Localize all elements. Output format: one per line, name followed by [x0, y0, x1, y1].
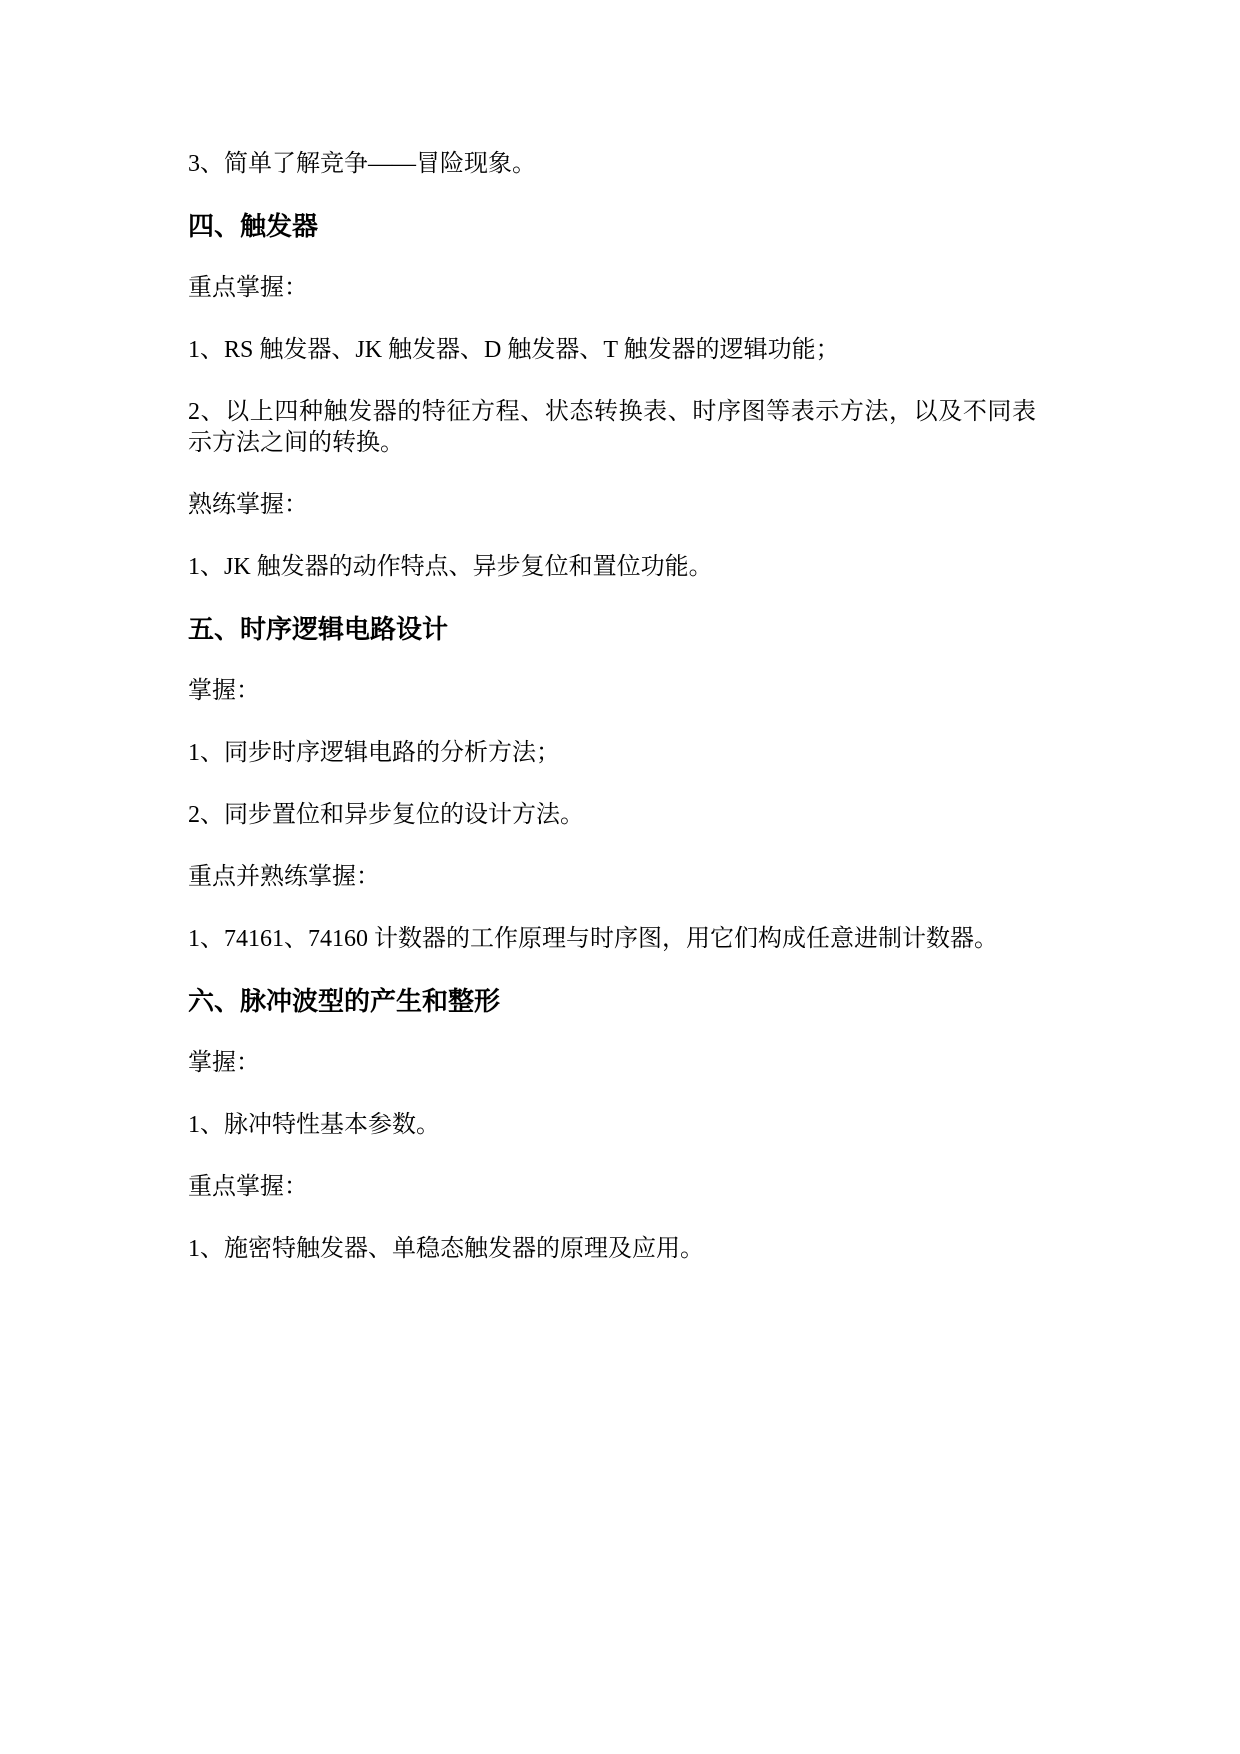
paragraph: 重点掌握： [188, 273, 1036, 304]
paragraph: 1、RS 触发器、JK 触发器、D 触发器、T 触发器的逻辑功能； [188, 335, 1036, 366]
paragraph: 熟练掌握： [188, 490, 1036, 521]
paragraph: 掌握： [188, 1048, 1036, 1079]
section-heading: 六、脉冲波型的产生和整形 [188, 986, 1036, 1017]
paragraph: 重点掌握： [188, 1172, 1036, 1203]
section-heading: 四、触发器 [188, 211, 1036, 242]
paragraph: 2、以上四种触发器的特征方程、状态转换表、时序图等表示方法，以及不同表示方法之间… [188, 397, 1036, 459]
document-page: 3、简单了解竞争——冒险现象。四、触发器重点掌握：1、RS 触发器、JK 触发器… [0, 0, 1240, 1754]
paragraph: 2、同步置位和异步复位的设计方法。 [188, 800, 1036, 831]
document-content: 3、简单了解竞争——冒险现象。四、触发器重点掌握：1、RS 触发器、JK 触发器… [188, 149, 1036, 1296]
paragraph: 重点并熟练掌握： [188, 862, 1036, 893]
paragraph: 1、74161、74160 计数器的工作原理与时序图，用它们构成任意进制计数器。 [188, 924, 1036, 955]
paragraph: 1、JK 触发器的动作特点、异步复位和置位功能。 [188, 552, 1036, 583]
paragraph: 掌握： [188, 676, 1036, 707]
paragraph: 3、简单了解竞争——冒险现象。 [188, 149, 1036, 180]
paragraph: 1、同步时序逻辑电路的分析方法； [188, 738, 1036, 769]
paragraph: 1、施密特触发器、单稳态触发器的原理及应用。 [188, 1234, 1036, 1265]
section-heading: 五、时序逻辑电路设计 [188, 614, 1036, 645]
paragraph: 1、脉冲特性基本参数。 [188, 1110, 1036, 1141]
